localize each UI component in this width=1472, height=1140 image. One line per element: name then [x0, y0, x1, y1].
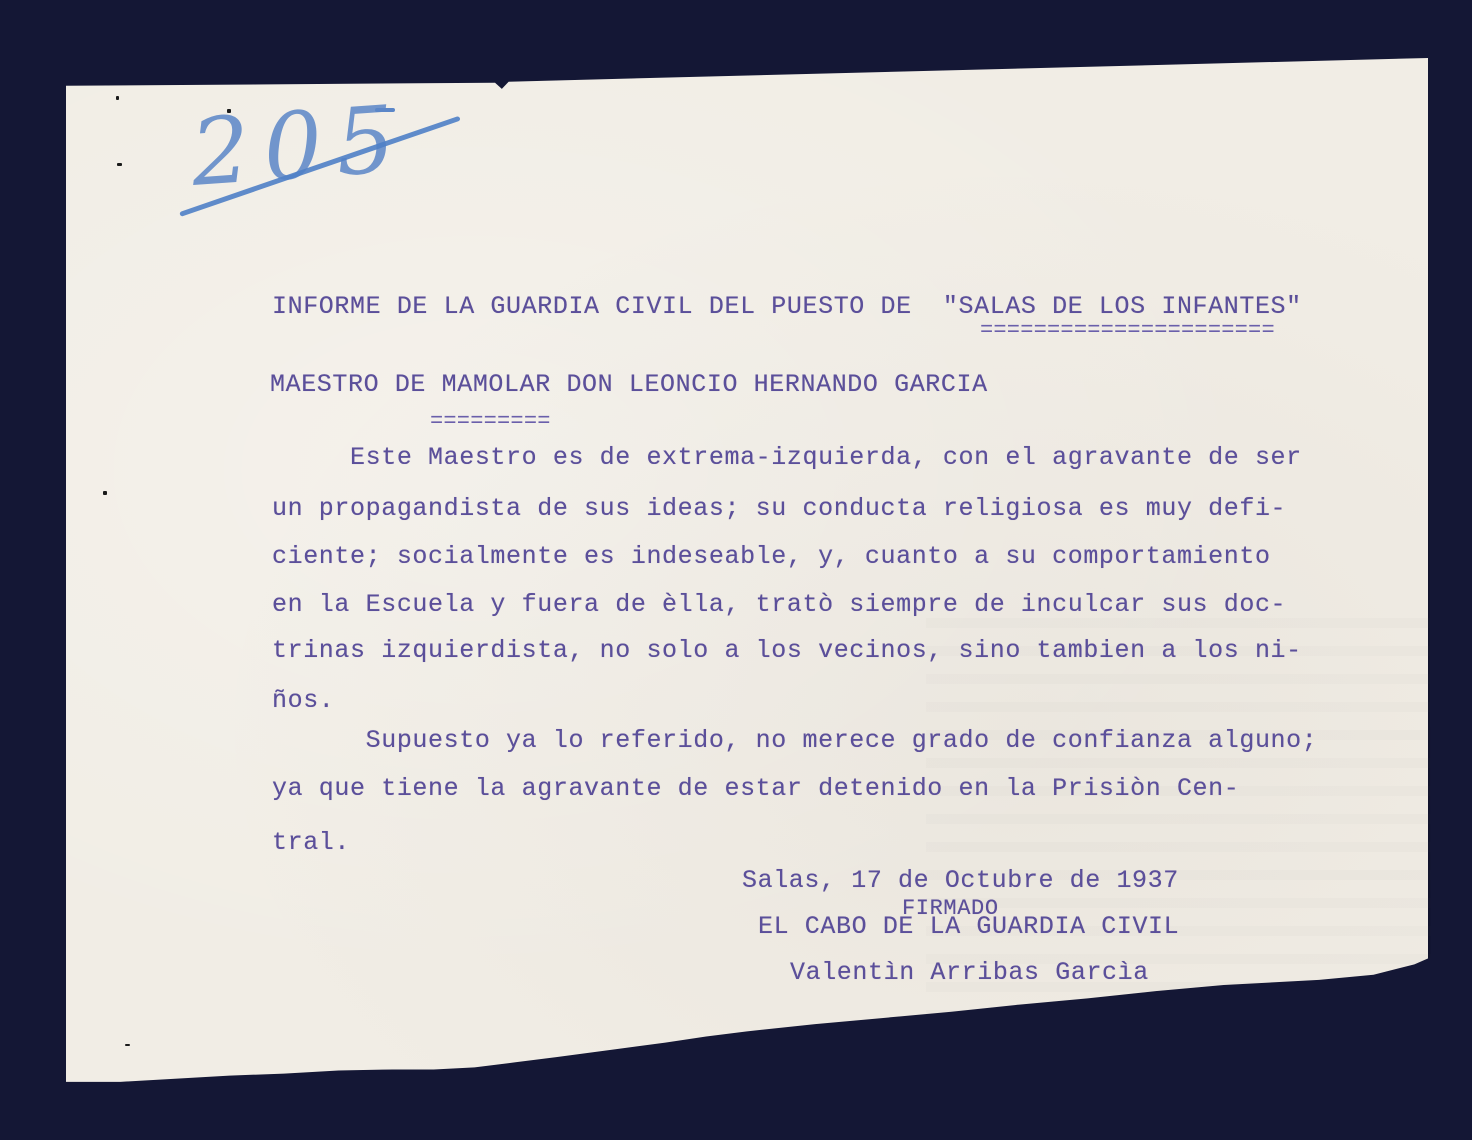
body-line: Supuesto ya lo referido, no merece grado… [272, 726, 1317, 755]
place-and-date: Salas, 17 de Octubre de 1937 [742, 866, 1179, 895]
body-line: Este Maestro es de extrema-izquierda, co… [272, 443, 1302, 472]
body-line: tral. [272, 828, 350, 857]
body-line: ciente; socialmente es indeseable, y, cu… [272, 542, 1271, 571]
body-line: trinas izquierdista, no solo a los vecin… [272, 636, 1302, 665]
speck-mark [125, 1044, 130, 1046]
document-sheet [66, 58, 1428, 1088]
body-line: un propagandista de sus ideas; su conduc… [272, 494, 1286, 523]
signatory-name: Valentìn Arribas Garcìa [790, 958, 1149, 987]
speck-mark [116, 96, 119, 100]
body-line: ños. [272, 686, 334, 715]
signatory-position: EL CABO DE LA GUARDIA CIVIL [758, 912, 1179, 941]
report-title: INFORME DE LA GUARDIA CIVIL DEL PUESTO D… [272, 292, 1302, 321]
speck-mark [117, 163, 122, 166]
report-subject: MAESTRO DE MAMOLAR DON LEONCIO HERNANDO … [270, 370, 988, 399]
subject-underline: ========= [430, 409, 551, 434]
body-line: ya que tiene la agravante de estar deten… [272, 774, 1239, 803]
pencil-stroke [375, 108, 395, 112]
title-underline: ====================== [980, 318, 1275, 343]
body-line: en la Escuela y fuera de èlla, tratò sie… [272, 590, 1286, 619]
speck-mark [103, 491, 107, 495]
